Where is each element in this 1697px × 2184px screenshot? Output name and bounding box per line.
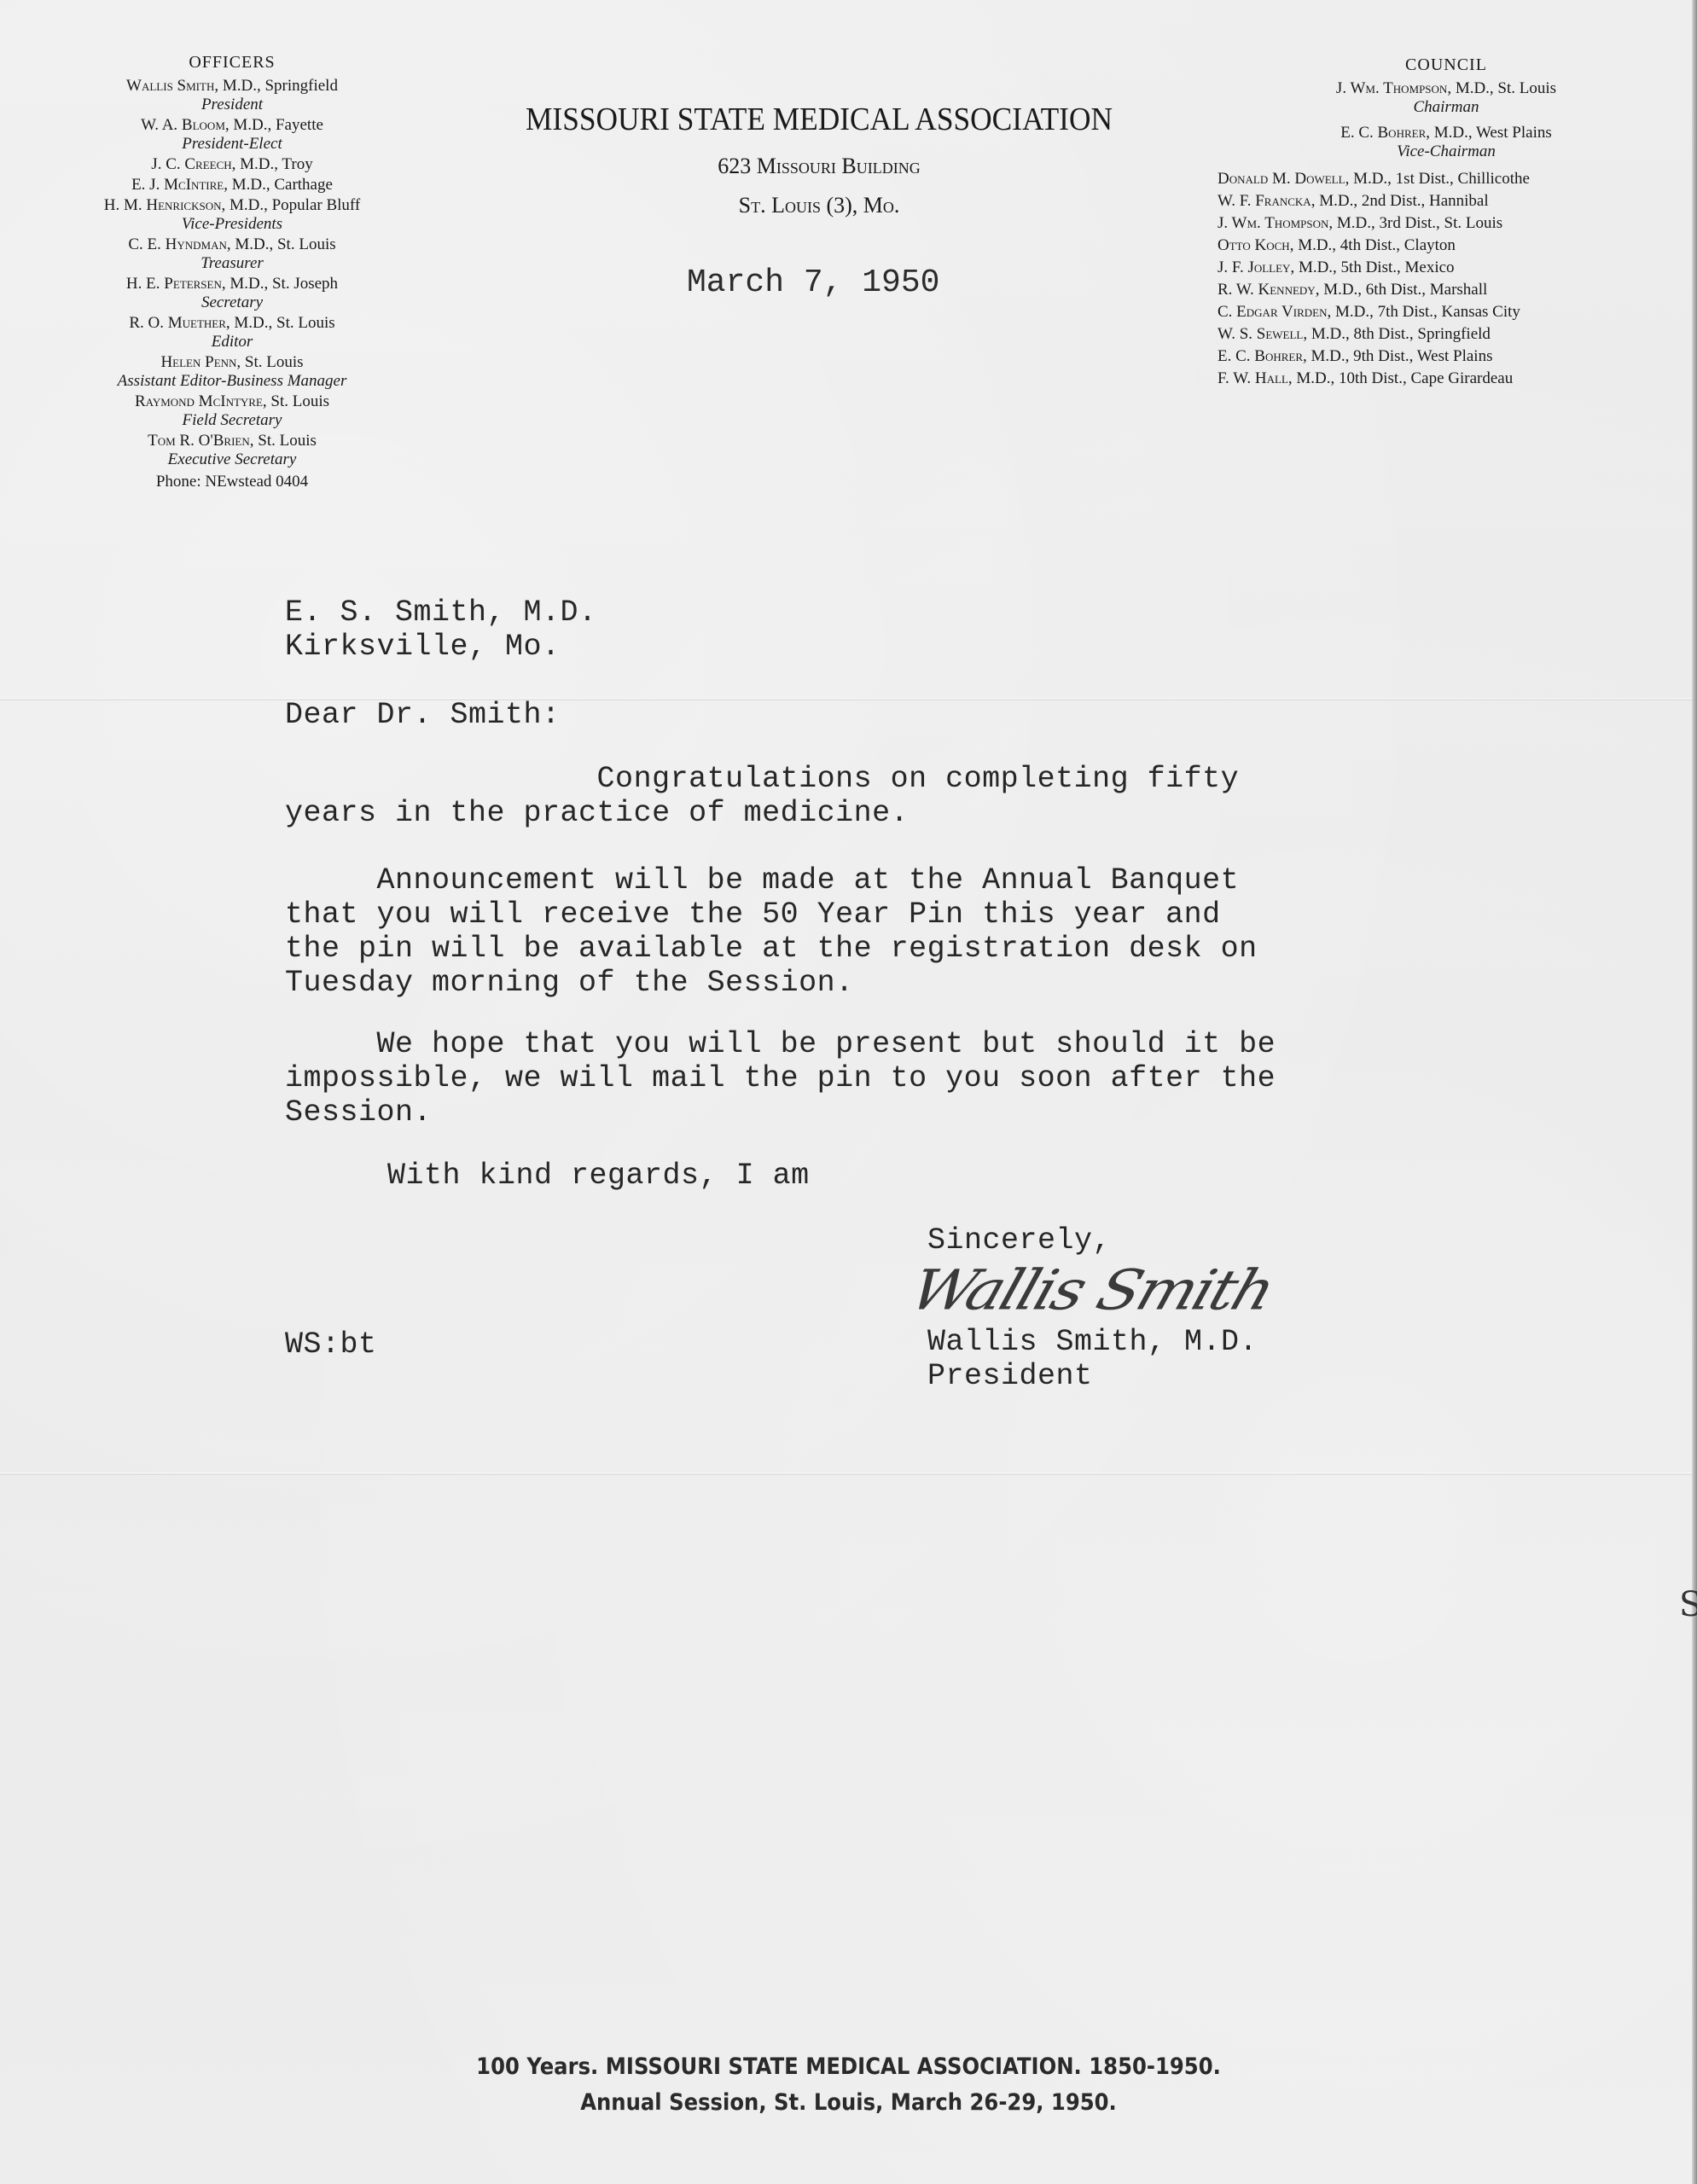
recipient-name: E. S. Smith, M.D. [285, 595, 597, 630]
officers-list: OFFICERS Wallis Smith, M.D., Springfield… [53, 53, 411, 491]
officer-entry: H. M. Henrickson, M.D., Popular BluffVic… [53, 196, 411, 234]
council-district-entry: F. W. Hall, M.D., 10th Dist., Cape Girar… [1218, 368, 1677, 390]
officer-role: Assistant Editor-Business Manager [53, 372, 411, 391]
closing-line: With kind regards, I am [387, 1159, 810, 1193]
officer-role: Secretary [53, 293, 411, 312]
officer-entry: W. A. Bloom, M.D., FayettePresident-Elec… [53, 116, 411, 154]
signer-title: President [927, 1359, 1258, 1393]
council-district-entry: W. S. Sewell, M.D., 8th Dist., Springfie… [1218, 323, 1677, 346]
council-district-entry: Otto Koch, M.D., 4th Dist., Clayton [1218, 235, 1677, 257]
officer-entry: Raymond McIntyre, St. LouisField Secreta… [53, 392, 411, 430]
officer-role: President-Elect [53, 135, 411, 154]
council-district-entry: C. Edgar Virden, M.D., 7th Dist., Kansas… [1218, 301, 1677, 323]
officer-entry: J. C. Creech, M.D., Troy [53, 155, 411, 174]
signer-name: Wallis Smith, M.D. [927, 1325, 1258, 1359]
officer-role: Treasurer [53, 254, 411, 273]
body-paragraph-2: Announcement will be made at the Annual … [285, 863, 1411, 1000]
fold-line [0, 698, 1697, 700]
body-paragraph-3: We hope that you will be present but sho… [285, 1027, 1411, 1130]
council-chairman: J. Wm. Thompson, M.D., St. Louis Chairma… [1216, 79, 1677, 117]
recipient-city: Kirksville, Mo. [285, 630, 597, 664]
council-list: COUNCIL J. Wm. Thompson, M.D., St. Louis… [1216, 55, 1677, 390]
page-edge [1692, 0, 1697, 2184]
officer-entry: Wallis Smith, M.D., SpringfieldPresident [53, 77, 411, 114]
officer-role: Executive Secretary [53, 450, 411, 469]
organization-name: MISSOURI STATE MEDICAL ASSOCIATION [470, 101, 1168, 138]
officer-role: President [53, 96, 411, 114]
council-districts: Donald M. Dowell, M.D., 1st Dist., Chill… [1216, 168, 1677, 390]
officer-entry: Tom R. O'Brien, St. LouisExecutive Secre… [53, 432, 411, 469]
edge-mark: S [1679, 1585, 1697, 1624]
officers-entries: Wallis Smith, M.D., SpringfieldPresident… [53, 77, 411, 469]
officer-entry: R. O. Muether, M.D., St. LouisEditor [53, 314, 411, 351]
complimentary-close: Sincerely, [927, 1223, 1111, 1258]
letter-date: March 7, 1950 [687, 264, 939, 301]
footer-session: Annual Session, St. Louis, March 26-29, … [84, 2085, 1612, 2121]
recipient-address: E. S. Smith, M.D. Kirksville, Mo. [285, 595, 597, 664]
letterhead-footer: 100 Years. MISSOURI STATE MEDICAL ASSOCI… [84, 2049, 1612, 2121]
officer-entry: C. E. Hyndman, M.D., St. LouisTreasurer [53, 235, 411, 273]
reference-initials: WS:bt [285, 1327, 377, 1362]
council-district-entry: J. Wm. Thompson, M.D., 3rd Dist., St. Lo… [1218, 212, 1677, 235]
signer-block: Wallis Smith, M.D. President [927, 1325, 1258, 1393]
officer-role: Editor [53, 333, 411, 351]
fold-line [0, 1472, 1697, 1475]
address-line-2: St. Louis (3), Mo. [444, 193, 1194, 218]
address-line-1: 623 Missouri Building [444, 154, 1194, 179]
officer-entry: Helen Penn, St. LouisAssistant Editor-Bu… [53, 353, 411, 391]
council-district-entry: Donald M. Dowell, M.D., 1st Dist., Chill… [1218, 168, 1677, 190]
officers-title: OFFICERS [53, 53, 411, 72]
body-paragraph-1: Congratulations on completing fifty year… [285, 762, 1411, 830]
phone-number: Phone: NEwstead 0404 [53, 473, 411, 491]
officer-role: Field Secretary [53, 411, 411, 430]
council-district-entry: J. F. Jolley, M.D., 5th Dist., Mexico [1218, 257, 1677, 279]
council-title: COUNCIL [1216, 55, 1677, 74]
letterhead-masthead: MISSOURI STATE MEDICAL ASSOCIATION 623 M… [444, 101, 1194, 218]
council-district-entry: R. W. Kennedy, M.D., 6th Dist., Marshall [1218, 279, 1677, 301]
council-district-entry: E. C. Bohrer, M.D., 9th Dist., West Plai… [1218, 346, 1677, 368]
officer-role: Vice-Presidents [53, 215, 411, 234]
handwritten-signature: Wallis Smith [903, 1258, 1281, 1322]
salutation: Dear Dr. Smith: [285, 698, 561, 732]
council-district-entry: W. F. Francka, M.D., 2nd Dist., Hannibal [1218, 190, 1677, 212]
officer-entry: E. J. McIntire, M.D., Carthage [53, 176, 411, 195]
officer-entry: H. E. Petersen, M.D., St. JosephSecretar… [53, 275, 411, 312]
council-vice-chairman: E. C. Bohrer, M.D., West Plains Vice-Cha… [1216, 124, 1677, 161]
footer-centennial: 100 Years. MISSOURI STATE MEDICAL ASSOCI… [84, 2049, 1612, 2085]
